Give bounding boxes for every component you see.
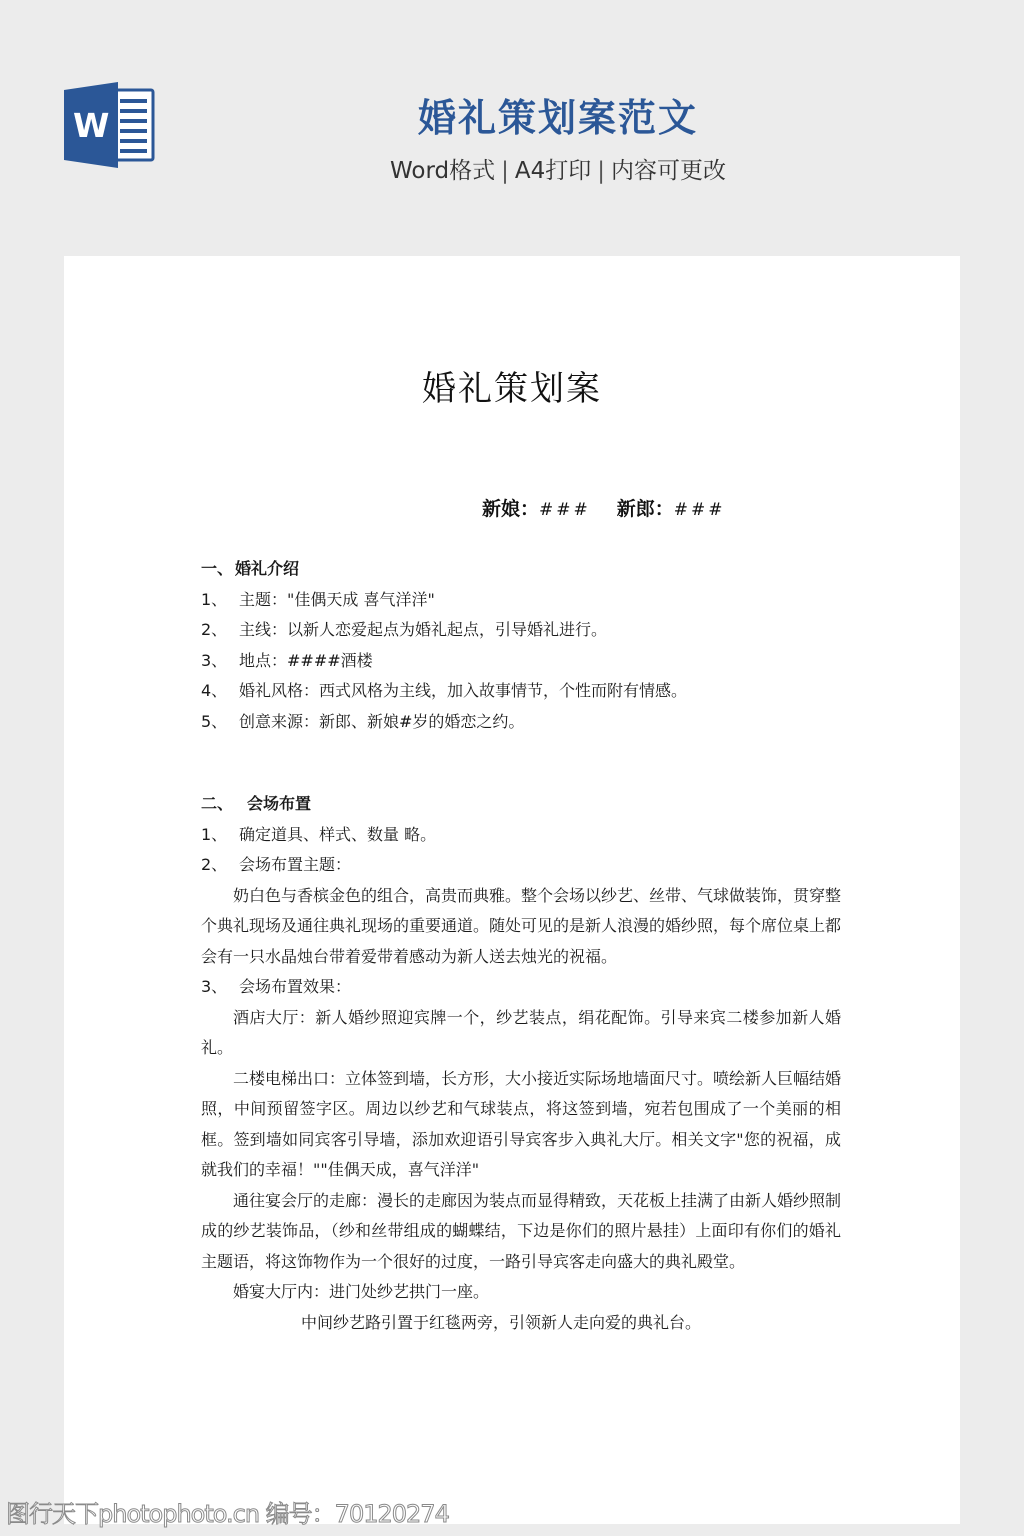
effect-paragraph-banquet-hall: 婚宴大厅内：进门处纱艺拱门一座。 (201, 1277, 841, 1308)
list-item: 5、创意来源：新郎、新娘#岁的婚恋之约。 (201, 707, 841, 738)
list-item: 4、婚礼风格：西式风格为主线，加入故事情节，个性而附有情感。 (201, 676, 841, 707)
theme-paragraph: 奶白色与香槟金色的组合，高贵而典雅。整个会场以纱艺、丝带、气球做装饰，贯穿整个典… (201, 881, 841, 973)
effect-paragraph-elevator: 二楼电梯出口：立体签到墙，长方形，大小接近实际场地墙面尺寸。喷绘新人巨幅结婚照，… (201, 1064, 841, 1186)
svg-text:W: W (73, 106, 109, 145)
list-item: 1、确定道具、样式、数量 略。 (201, 820, 841, 851)
separator: | (501, 155, 509, 187)
section-venue-layout: 二、会场布置 1、确定道具、样式、数量 略。 2、会场布置主题： 奶白色与香槟金… (201, 789, 841, 1338)
list-item: 3、会场布置效果： (201, 972, 841, 1003)
centered-line: 中间纱艺路引置于红毯两旁，引领新人走向爱的典礼台。 (201, 1308, 841, 1339)
list-item: 3、地点：####酒楼 (201, 646, 841, 677)
subtitle-editable: 内容可更改 (611, 158, 726, 184)
section-wedding-intro: 一、婚礼介绍 1、主题："佳偶天成 喜气洋洋" 2、主线：以新人恋爱起点为婚礼起… (201, 554, 841, 737)
watermark: 图行天下photophoto.cn 编号：70120274 (6, 1494, 449, 1529)
word-document-icon: W (64, 82, 156, 168)
document-title: 婚礼策划案 (64, 364, 960, 414)
effect-paragraph-corridor: 通往宴会厅的走廊：漫长的走廊因为装点而显得精致，天花板上挂满了由新人婚纱照制成的… (201, 1186, 841, 1278)
groom-value: ### (674, 500, 726, 520)
bride-label: 新娘： (482, 498, 539, 520)
section-heading: 二、会场布置 (201, 789, 841, 820)
couple-line: 新娘：###新郎：### (482, 494, 752, 525)
separator: | (597, 155, 605, 187)
list-item: 2、主线：以新人恋爱起点为婚礼起点，引导婚礼进行。 (201, 615, 841, 646)
header-banner: W 婚礼策划案范文 Word格式|A4打印|内容可更改 (0, 0, 1024, 256)
section-heading: 一、婚礼介绍 (201, 554, 841, 585)
bride-value: ### (539, 500, 591, 520)
header-title: 婚礼策划案范文 (320, 92, 796, 144)
groom-label: 新郎： (617, 498, 674, 520)
effect-paragraph-lobby: 酒店大厅：新人婚纱照迎宾牌一个，纱艺装点，绢花配饰。引导来宾二楼参加新人婚礼。 (201, 1003, 841, 1064)
list-item: 1、主题："佳偶天成 喜气洋洋" (201, 585, 841, 616)
header-subtitle: Word格式|A4打印|内容可更改 (320, 155, 796, 187)
list-item: 2、会场布置主题： (201, 850, 841, 881)
subtitle-print: A4打印 (515, 158, 591, 184)
document-page: 婚礼策划案 新娘：###新郎：### 一、婚礼介绍 1、主题："佳偶天成 喜气洋… (64, 256, 960, 1524)
subtitle-format: Word格式 (390, 158, 495, 184)
